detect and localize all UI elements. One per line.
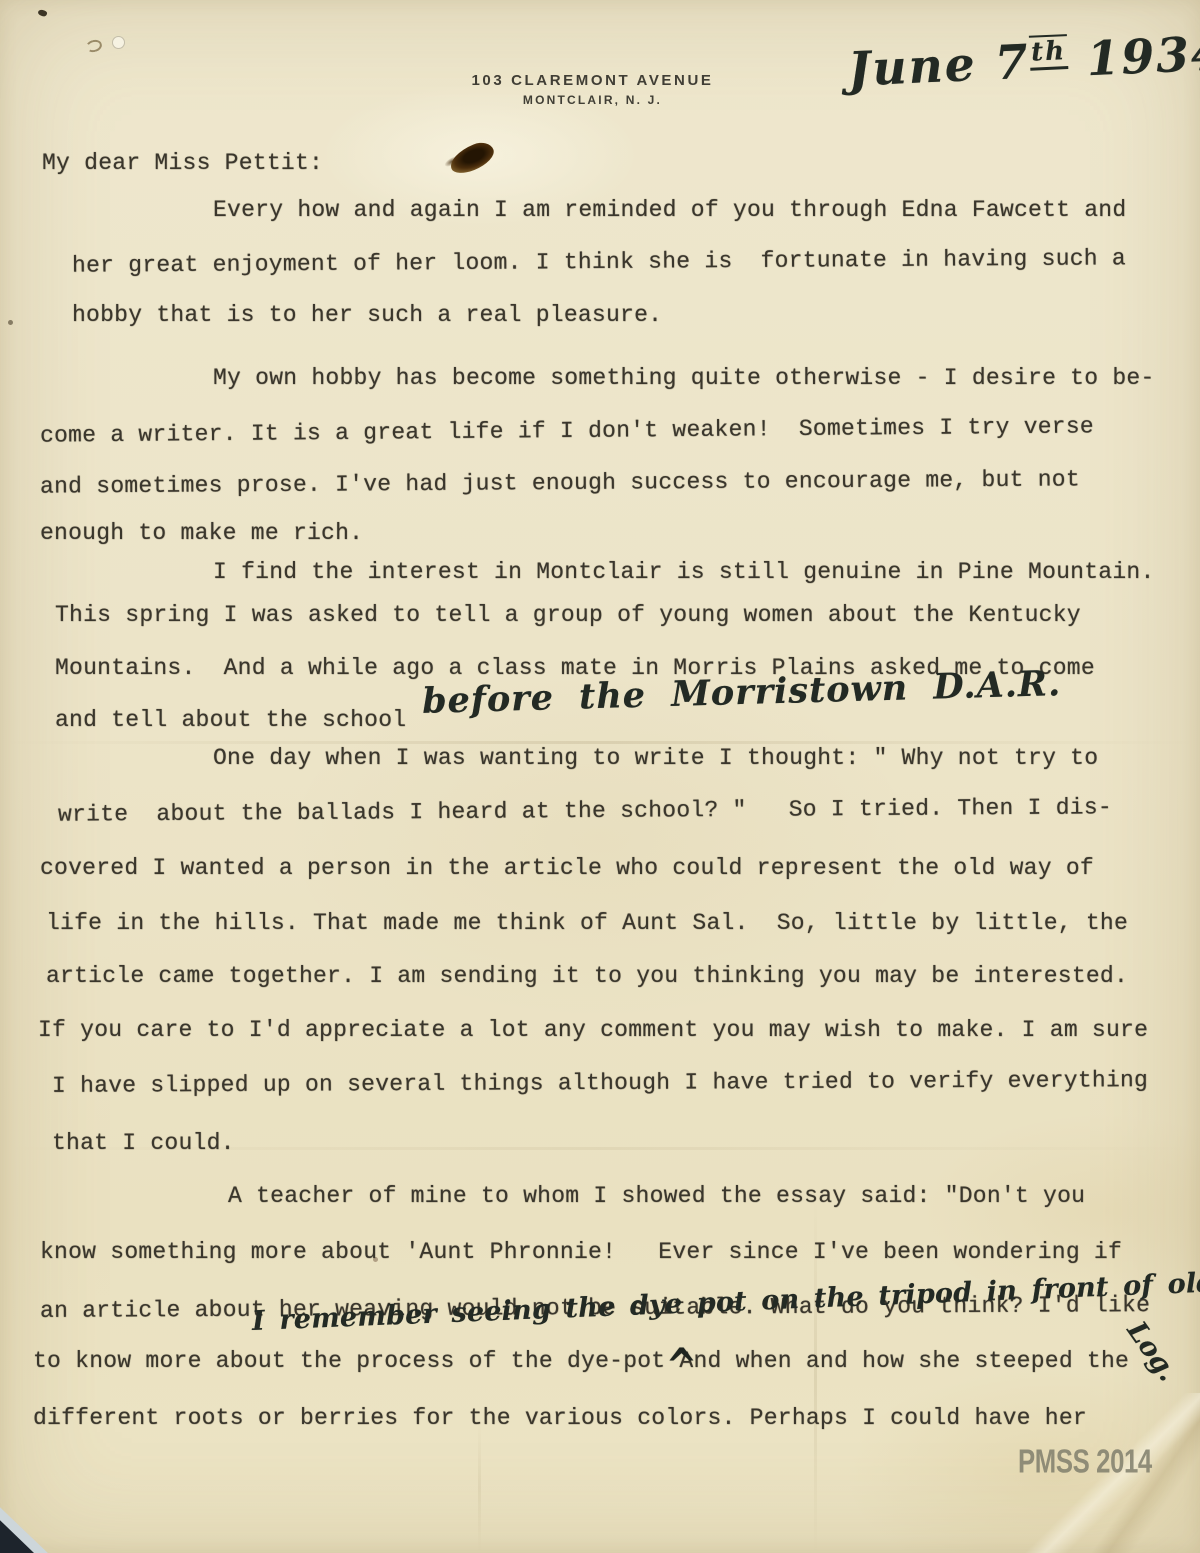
typed-line: hobby that is to her such a real pleasur…	[72, 302, 662, 328]
typed-line: One day when I was wanting to write I th…	[213, 745, 1098, 771]
typed-line: enough to make me rich.	[40, 520, 363, 546]
typed-line: to know more about the process of the dy…	[33, 1348, 1129, 1374]
typed-line: I have slipped up on several things alth…	[52, 1067, 1148, 1099]
ink-stain	[446, 138, 498, 177]
date-month-day: June 7	[847, 35, 1031, 98]
letter-paper: 103 CLAREMONT AVENUE MONTCLAIR, N. J. Ju…	[0, 0, 1200, 1553]
typed-line: write about the ballads I heard at the s…	[58, 794, 1112, 827]
typed-line: come a writer. It is a great life if I d…	[40, 413, 1094, 448]
paper-speck	[112, 36, 125, 49]
date-year: 1934.	[1067, 25, 1200, 88]
fold-crease	[478, 1420, 481, 1553]
typed-line: different roots or berries for the vario…	[33, 1405, 1087, 1431]
handwritten-date: June 7th 1934.	[847, 25, 1200, 97]
handwritten-dye-annotation: I remember seeing the dye pot on the tri…	[251, 1267, 1200, 1337]
paper-speck	[8, 320, 13, 325]
typed-line: that I could.	[52, 1130, 235, 1156]
typed-line: covered I wanted a person in the article…	[40, 855, 1094, 881]
paper-speck	[85, 38, 104, 54]
typed-line: and sometimes prose. I've had just enoug…	[40, 466, 1080, 499]
date-ordinal-suffix: th	[1028, 34, 1068, 71]
handwritten-dye-annotation-tail: Log.	[1121, 1316, 1184, 1387]
insertion-caret: ^	[666, 1339, 697, 1394]
letterhead: 103 CLAREMONT AVENUE MONTCLAIR, N. J.	[400, 72, 785, 107]
letterhead-city: MONTCLAIR, N. J.	[400, 93, 785, 107]
typed-line: and tell about the school	[55, 707, 406, 733]
typed-line: I find the interest in Montclair is stil…	[213, 559, 1155, 585]
fold-crease	[0, 741, 1200, 744]
paper-speck	[37, 9, 48, 18]
letterhead-address: 103 CLAREMONT AVENUE	[400, 72, 785, 89]
typed-line: life in the hills. That made me think of…	[46, 910, 1128, 936]
typed-line: If you care to I'd appreciate a lot any …	[38, 1017, 1148, 1043]
typed-line: My own hobby has become something quite …	[213, 365, 1155, 391]
typed-line: know something more about 'Aunt Phronnie…	[40, 1239, 1122, 1265]
typed-line: This spring I was asked to tell a group …	[55, 602, 1081, 628]
typed-line: A teacher of mine to whom I showed the e…	[228, 1183, 1085, 1209]
typed-line: Every how and again I am reminded of you…	[213, 197, 1126, 223]
typed-line: article came together. I am sending it t…	[46, 963, 1128, 989]
salutation: My dear Miss Pettit:	[42, 150, 323, 176]
archive-watermark: PMSS 2014	[1018, 1442, 1152, 1481]
typed-line: her great enjoyment of her loom. I think…	[72, 245, 1126, 278]
